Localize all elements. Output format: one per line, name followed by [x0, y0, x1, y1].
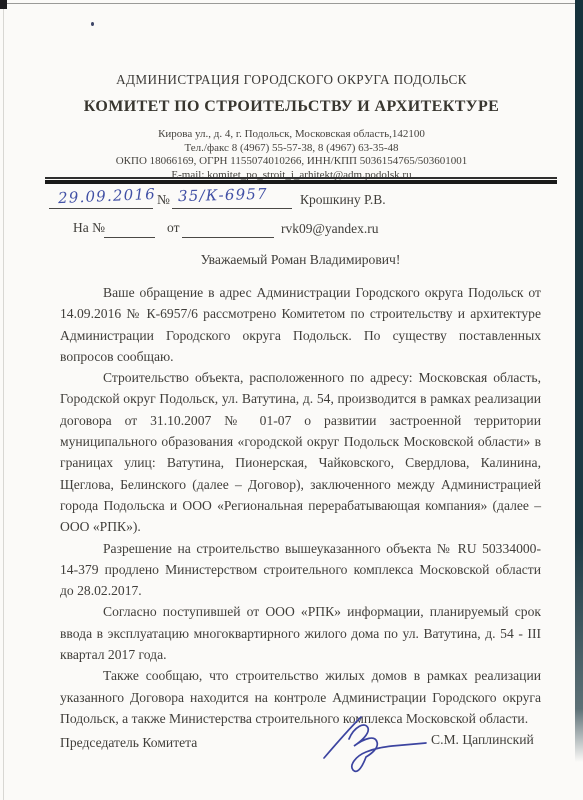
committee-name: КОМИТЕТ ПО СТРОИТЕЛЬСТВУ И АРХИТЕКТУРЕ	[45, 98, 538, 116]
scan-corner-mark	[0, 0, 7, 9]
divider-thick-line	[45, 180, 557, 184]
reply-to-number-label: На №	[73, 220, 105, 236]
divider-thin-line	[45, 177, 557, 179]
reply-from-label: от	[167, 220, 179, 236]
paragraph-control-note: Также сообщаю, что строительство жилых д…	[60, 665, 541, 729]
signer-name: С.М. Цаплинский	[431, 732, 534, 748]
phone-fax: Тел./факс 8 (4967) 55-57-38, 8 (4967) 63…	[45, 142, 538, 156]
scan-top-edge-line	[0, 3, 583, 4]
recipient-name: Крошкину Р.В.	[300, 192, 386, 208]
salutation: Уважаемый Роман Владимирович!	[60, 252, 541, 268]
scan-right-edge-band	[575, 0, 583, 762]
letterhead: АДМИНИСТРАЦИЯ ГОРОДСКОГО ОКРУГА ПОДОЛЬСК…	[45, 72, 538, 182]
paragraph-construction-contract: Строительство объекта, расположенного по…	[60, 367, 541, 537]
paragraph-commissioning-term: Согласно поступившей от ООО «РПК» информ…	[60, 601, 541, 665]
recipient-email: rvk09@yandex.ru	[281, 221, 379, 237]
scan-left-edge-line	[3, 0, 4, 800]
reply-date-underline	[182, 219, 274, 238]
signer-position-title: Председатель Комитета	[60, 735, 197, 751]
reply-number-underline	[104, 219, 155, 238]
number-sign-label: №	[157, 192, 170, 208]
letterhead-divider	[45, 177, 557, 184]
postal-address: Кирова ул., д. 4, г. Подольск, Московска…	[45, 128, 538, 142]
organization-name: АДМИНИСТРАЦИЯ ГОРОДСКОГО ОКРУГА ПОДОЛЬСК	[45, 72, 538, 88]
registration-codes: ОКПО 18066169, ОГРН 1155074010266, ИНН/К…	[45, 155, 538, 169]
scan-speck	[91, 22, 94, 26]
handwritten-outgoing-number: 35/К-6957	[178, 185, 268, 205]
letter-body: Ваше обращение в адрес Администрации Гор…	[60, 282, 541, 729]
scanned-letter-page: АДМИНИСТРАЦИЯ ГОРОДСКОГО ОКРУГА ПОДОЛЬСК…	[0, 0, 583, 800]
paragraph-permit-extension: Разрешение на строительство вышеуказанно…	[60, 538, 541, 602]
paragraph-appeal-reviewed: Ваше обращение в адрес Администрации Гор…	[60, 282, 541, 367]
handwritten-signature	[320, 712, 432, 780]
